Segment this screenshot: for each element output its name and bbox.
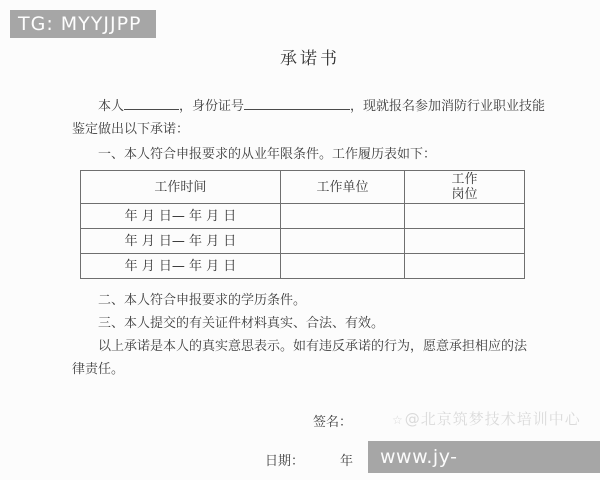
header-work-time: 工作时间 <box>81 171 281 204</box>
header-work-post: 工作 岗位 <box>405 171 525 204</box>
cell-post-empty <box>405 229 525 254</box>
cell-time: 年 月 日— 年 月 日 <box>81 229 281 254</box>
closing-line2: 律责任。 <box>72 358 548 381</box>
signature-label: 签名： <box>313 415 352 430</box>
table-header-row: 工作时间 工作单位 工作 岗位 <box>81 171 525 204</box>
cell-unit-empty <box>280 254 404 279</box>
table-row: 年 月 日— 年 月 日 <box>81 229 525 254</box>
intro-line1: 本人，身份证号，现就报名参加消防行业职业技能 <box>72 95 548 118</box>
watermark: ☆@北京筑梦技术培训中心 <box>392 408 581 429</box>
page-title: 承诺书 <box>72 48 548 71</box>
date-label: 日期： <box>265 454 304 469</box>
commitment-letter-page: 承诺书 本人，身份证号，现就报名参加消防行业职业技能 鉴定做出以下承诺： 一、本… <box>72 0 548 473</box>
closing-line1: 以上承诺是本人的真实意思表示。如有违反承诺的行为，愿意承担相应的法 <box>72 335 548 358</box>
header-work-unit: 工作单位 <box>280 171 404 204</box>
name-blank-field <box>124 97 179 110</box>
cell-time: 年 月 日— 年 月 日 <box>81 204 281 229</box>
table-row: 年 月 日— 年 月 日 <box>81 204 525 229</box>
closing-paragraph: 以上承诺是本人的真实意思表示。如有违反承诺的行为，愿意承担相应的法 律责任。 <box>72 335 548 381</box>
cell-post-empty <box>405 204 525 229</box>
work-history-table: 工作时间 工作单位 工作 岗位 年 月 日— 年 月 日 年 月 日— 年 月 … <box>80 170 525 279</box>
cell-post-empty <box>405 254 525 279</box>
date-year-label: 年 <box>340 454 353 469</box>
intro-tail: ，现就报名参加消防行业职业技能 <box>350 99 545 114</box>
cell-unit-empty <box>280 229 404 254</box>
cell-time: 年 月 日— 年 月 日 <box>81 254 281 279</box>
item-3: 三、本人提交的有关证件材料真实、合法、有效。 <box>72 312 548 335</box>
intro-line2: 鉴定做出以下承诺： <box>72 118 548 141</box>
watermark-text: @北京筑梦技术培训中心 <box>405 410 581 428</box>
id-number-blank-field <box>244 97 350 110</box>
intro-paragraph: 本人，身份证号，现就报名参加消防行业职业技能 鉴定做出以下承诺： <box>72 95 548 141</box>
intro-mid: ，身份证号 <box>179 99 244 114</box>
watermark-logo-icon: ☆ <box>392 413 404 427</box>
cell-unit-empty <box>280 204 404 229</box>
intro-prefix: 本人 <box>98 99 124 114</box>
item-2: 二、本人符合申报要求的学历条件。 <box>72 289 548 312</box>
item-1: 一、本人符合申报要求的从业年限条件。工作履历表如下： <box>72 143 548 166</box>
footer-url-bar: www.jy-jiuyoutiyu.com <box>368 441 600 473</box>
table-row: 年 月 日— 年 月 日 <box>81 254 525 279</box>
